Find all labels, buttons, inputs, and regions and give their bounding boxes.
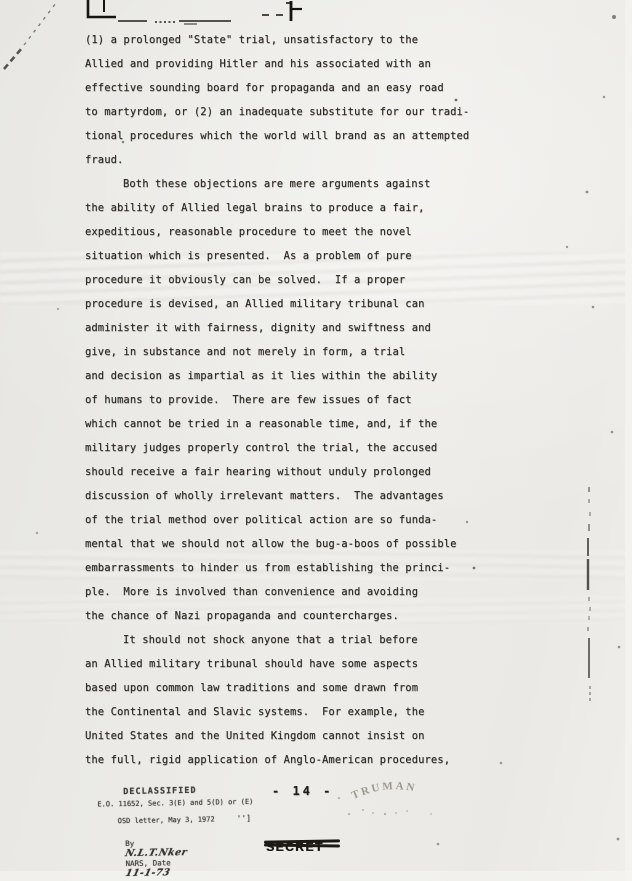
typed-line: the full, rigid application of Anglo-Ame… bbox=[85, 748, 565, 772]
typed-line: tional procedures which the world will b… bbox=[85, 124, 565, 148]
typed-line: procedure is devised, an Allied military… bbox=[85, 292, 565, 316]
typed-line: United States and the United Kingdom can… bbox=[85, 724, 565, 748]
handwritten-date: 11-1-73 bbox=[124, 867, 171, 879]
typed-line: It should not shock anyone that a trial … bbox=[85, 628, 565, 652]
typed-line: give, in substance and not merely in for… bbox=[85, 340, 565, 364]
page-number: - 14 - bbox=[272, 784, 333, 798]
truman-stamp-text: TRUMAN bbox=[350, 780, 418, 802]
typed-line: should receive a fair hearing without un… bbox=[85, 460, 565, 484]
typed-line: fraud. bbox=[85, 148, 565, 172]
scanned-document-page: (1) a prolonged "State" trial, unsatisfa… bbox=[0, 0, 632, 881]
stamp-bracket-mark: ''] bbox=[237, 814, 252, 823]
typed-line: discussion of wholly irrelevant matters.… bbox=[85, 484, 565, 508]
handwritten-signature: N.L.T.Nker bbox=[124, 847, 188, 859]
typed-line: Both these objections are mere arguments… bbox=[85, 172, 565, 196]
typed-line: Allied and providing Hitler and his asso… bbox=[85, 52, 565, 76]
typed-line: procedure it obviously can be solved. If… bbox=[85, 268, 565, 292]
osd-letter-line: OSD letter, May 3, 1972 bbox=[118, 815, 215, 825]
typed-line: an Allied military tribunal should have … bbox=[85, 652, 565, 676]
typed-line: embarrassments to hinder us from establi… bbox=[85, 556, 565, 580]
declassified-label: DECLASSIFIED bbox=[123, 784, 272, 797]
typed-line: the Continental and Slavic systems. For … bbox=[85, 700, 565, 724]
typed-body: (1) a prolonged "State" trial, unsatisfa… bbox=[85, 28, 565, 772]
typed-line: (1) a prolonged "State" trial, unsatisfa… bbox=[85, 28, 565, 52]
typed-line: expeditious, reasonable procedure to mee… bbox=[85, 220, 565, 244]
paper-specks bbox=[0, 0, 1, 1]
typed-line: based upon common law traditions and som… bbox=[85, 676, 565, 700]
typed-line: ple. More is involved than convenience a… bbox=[85, 580, 565, 604]
truman-library-stamp: TRUMAN bbox=[333, 770, 448, 828]
typed-line: which cannot be tried in a reasonable ti… bbox=[85, 412, 565, 436]
speck-dots bbox=[0, 0, 2, 2]
typed-line: to martyrdom, or (2) an inadequate subst… bbox=[85, 100, 565, 124]
typed-line: and decision as impartial as it lies wit… bbox=[85, 364, 565, 388]
by-label: By bbox=[125, 839, 134, 848]
typed-line: of humans to provide. There are few issu… bbox=[85, 388, 565, 412]
typed-line: effective sounding board for propaganda … bbox=[85, 76, 565, 100]
declassification-stamp: DECLASSIFIED E.O. 11652, Sec. 3(E) and 5… bbox=[97, 784, 274, 881]
typed-line: of the trial method over political actio… bbox=[85, 508, 565, 532]
by-nars-date-line: By N.L.T.Nker NARS, Date 11-1-73 bbox=[98, 827, 274, 881]
typed-line: situation which is presented. As a probl… bbox=[85, 244, 565, 268]
typed-line: mental that we should not allow the bug-… bbox=[85, 532, 565, 556]
typed-line: the ability of Allied legal brains to pr… bbox=[85, 196, 565, 220]
typed-line: military judges properly control the tri… bbox=[85, 436, 565, 460]
secret-stamp-struck-through: SECRET bbox=[266, 836, 338, 852]
typed-line: the chance of Nazi propaganda and counte… bbox=[85, 604, 565, 628]
typed-line: administer it with fairness, dignity and… bbox=[85, 316, 565, 340]
svg-text:TRUMAN: TRUMAN bbox=[350, 780, 418, 802]
scan-edge bbox=[625, 0, 632, 881]
scan-edge bbox=[0, 871, 632, 881]
